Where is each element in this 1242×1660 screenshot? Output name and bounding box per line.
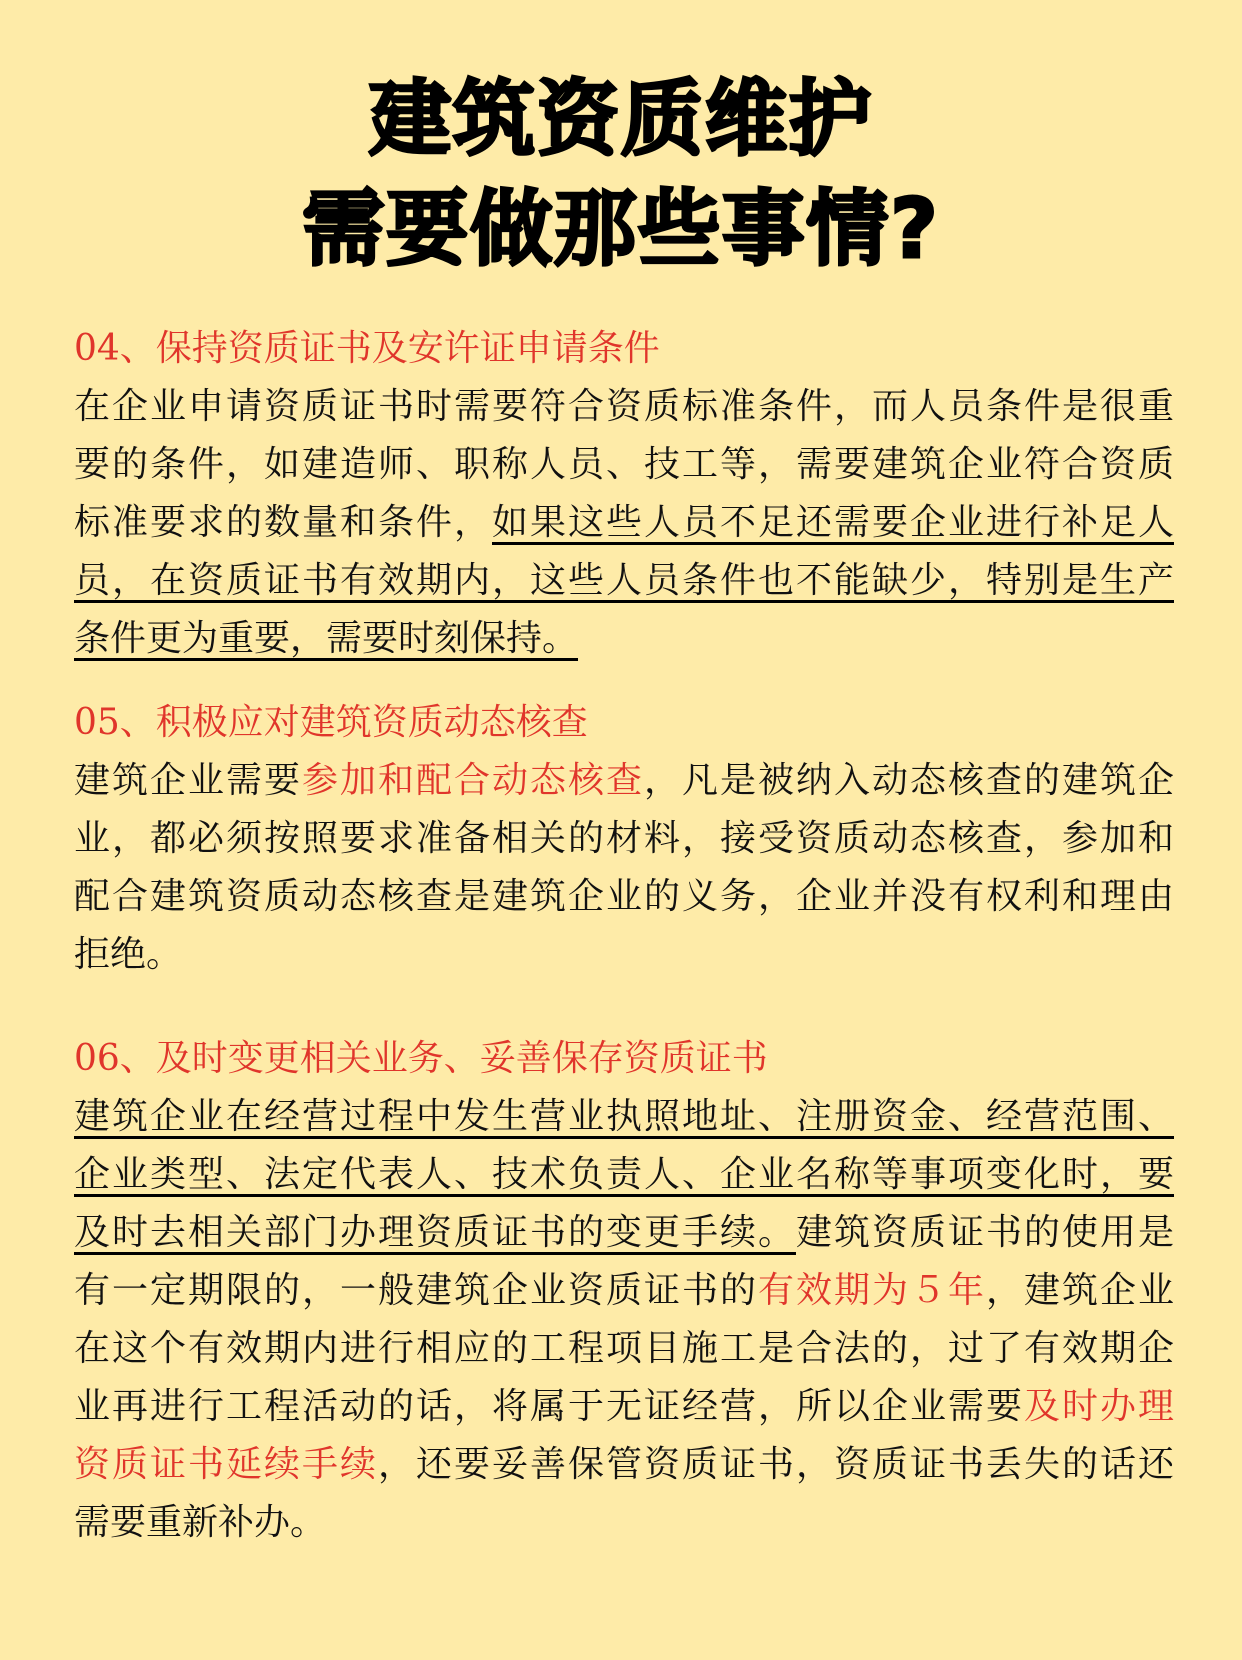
text-run: 在企业申请资质证书时需要符合资质标准条件，而人员条件是很重 bbox=[74, 386, 1174, 427]
body-line: 有一定期限的，一般建筑企业资质证书的有效期为５年，建筑企业 bbox=[74, 1262, 1174, 1320]
body-line: 条件更为重要，需要时刻保持。 bbox=[74, 610, 1174, 668]
page-title-line-2: 需要做那些事情? bbox=[0, 180, 1242, 280]
body-line: 企业类型、法定代表人、技术负责人、企业名称等事项变化时，要 bbox=[74, 1146, 1174, 1204]
text-run: 业再进行工程活动的话，将属于无证经营，所以企业需要 bbox=[74, 1386, 1024, 1427]
body-line: 及时去相关部门办理资质证书的变更手续。建筑资质证书的使用是 bbox=[74, 1204, 1174, 1262]
body-line: 业再进行工程活动的话，将属于无证经营，所以企业需要及时办理 bbox=[74, 1378, 1174, 1436]
body-line: 标准要求的数量和条件，如果这些人员不足还需要企业进行补足人 bbox=[74, 494, 1174, 552]
text-run: 配合建筑资质动态核查是建筑企业的义务，企业并没有权利和理由 bbox=[74, 876, 1174, 917]
body-line: 业，都必须按照要求准备相关的材料，接受资质动态核查，参加和 bbox=[74, 810, 1174, 868]
text-run: 建筑企业需要 bbox=[74, 760, 302, 801]
text-run: 拒绝。 bbox=[74, 934, 182, 975]
underlined-text: 员，在资质证书有效期内，这些人员条件也不能缺少，特别是生产 bbox=[74, 560, 1174, 601]
text-run: 有一定期限的，一般建筑企业资质证书的 bbox=[74, 1270, 758, 1311]
section-body: 建筑企业在经营过程中发生营业执照地址、注册资金、经营范围、 企业类型、法定代表人… bbox=[74, 1088, 1174, 1552]
underlined-text: 及时去相关部门办理资质证书的变更手续。 bbox=[74, 1212, 796, 1253]
body-line: 资质证书延续手续，还要妥善保管资质证书，资质证书丢失的话还 bbox=[74, 1436, 1174, 1494]
underlined-text: 企业类型、法定代表人、技术负责人、企业名称等事项变化时，要 bbox=[74, 1154, 1174, 1195]
section-06: 06、及时变更相关业务、妥善保存资质证书 建筑企业在经营过程中发生营业执照地址、… bbox=[74, 1030, 1174, 1552]
section-heading: 04、保持资质证书及安许证申请条件 bbox=[74, 320, 1174, 378]
body-line: 建筑企业在经营过程中发生营业执照地址、注册资金、经营范围、 bbox=[74, 1088, 1174, 1146]
text-run: ，凡是被纳入动态核查的建筑企 bbox=[644, 760, 1174, 801]
text-run: 在这个有效期内进行相应的工程项目施工是合法的，过了有效期企 bbox=[74, 1328, 1174, 1369]
body-line: 在这个有效期内进行相应的工程项目施工是合法的，过了有效期企 bbox=[74, 1320, 1174, 1378]
text-run: 需要重新补办。 bbox=[74, 1502, 326, 1543]
text-run: ，建筑企业 bbox=[986, 1270, 1174, 1311]
text-run: 要的条件，如建造师、职称人员、技工等，需要建筑企业符合资质 bbox=[74, 444, 1174, 485]
highlighted-text: 及时办理 bbox=[1024, 1386, 1174, 1427]
underlined-text: 建筑企业在经营过程中发生营业执照地址、注册资金、经营范围、 bbox=[74, 1096, 1174, 1137]
underlined-text: 条件更为重要，需要时刻保持。 bbox=[74, 618, 578, 659]
page-title-line-1: 建筑资质维护 bbox=[0, 70, 1242, 170]
body-line: 配合建筑资质动态核查是建筑企业的义务，企业并没有权利和理由 bbox=[74, 868, 1174, 926]
body-line: 在企业申请资质证书时需要符合资质标准条件，而人员条件是很重 bbox=[74, 378, 1174, 436]
underlined-text: 如果这些人员不足还需要企业进行补足人 bbox=[492, 502, 1174, 543]
highlighted-text: 有效期为５年 bbox=[758, 1270, 986, 1311]
section-04: 04、保持资质证书及安许证申请条件 在企业申请资质证书时需要符合资质标准条件，而… bbox=[74, 320, 1174, 668]
body-line: 建筑企业需要参加和配合动态核查，凡是被纳入动态核查的建筑企 bbox=[74, 752, 1174, 810]
highlighted-text: 资质证书延续手续 bbox=[74, 1444, 378, 1485]
body-line: 要的条件，如建造师、职称人员、技工等，需要建筑企业符合资质 bbox=[74, 436, 1174, 494]
highlighted-text: 参加和配合动态核查 bbox=[302, 760, 644, 801]
body-line: 拒绝。 bbox=[74, 926, 1174, 984]
text-run: ，还要妥善保管资质证书，资质证书丢失的话还 bbox=[378, 1444, 1174, 1485]
section-body: 在企业申请资质证书时需要符合资质标准条件，而人员条件是很重 要的条件，如建造师、… bbox=[74, 378, 1174, 668]
section-heading: 05、积极应对建筑资质动态核查 bbox=[74, 694, 1174, 752]
text-run: 建筑资质证书的使用是 bbox=[796, 1212, 1174, 1253]
text-run: 标准要求的数量和条件， bbox=[74, 502, 492, 543]
body-line: 需要重新补办。 bbox=[74, 1494, 1174, 1552]
section-05: 05、积极应对建筑资质动态核查 建筑企业需要参加和配合动态核查，凡是被纳入动态核… bbox=[74, 694, 1174, 984]
section-heading: 06、及时变更相关业务、妥善保存资质证书 bbox=[74, 1030, 1174, 1088]
text-run: 业，都必须按照要求准备相关的材料，接受资质动态核查，参加和 bbox=[74, 818, 1174, 859]
body-line: 员，在资质证书有效期内，这些人员条件也不能缺少，特别是生产 bbox=[74, 552, 1174, 610]
section-body: 建筑企业需要参加和配合动态核查，凡是被纳入动态核查的建筑企 业，都必须按照要求准… bbox=[74, 752, 1174, 984]
